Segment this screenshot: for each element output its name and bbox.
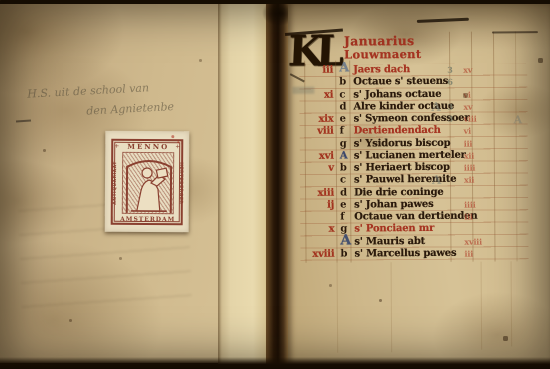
ink-streak: [417, 18, 469, 23]
dominical-letter: A: [340, 234, 351, 246]
dominical-letter: c: [339, 89, 345, 101]
calendar-block: KL Januarius Louwmaent iiiAJaers dach3xv…: [287, 1, 550, 365]
ghost-offset-glyph: A: [514, 113, 523, 126]
feast-entry: s' Mauris abt: [354, 235, 425, 248]
feast-entry: Octaue s' steuens: [353, 76, 448, 89]
stamp-name-text: MENNO: [119, 142, 177, 151]
red-ink-speck: [171, 135, 174, 138]
margin-red-numeral: xv: [463, 100, 493, 113]
margin-red-numeral: iiii: [464, 198, 494, 211]
calendar-row: xviiibs' Marcellus pawesiii: [300, 247, 528, 261]
feast-entry: s' Marcellus pawes: [354, 247, 456, 260]
margin-red-numeral: xii: [464, 149, 494, 162]
stamp-city-text: AMSTERDAM: [117, 216, 179, 224]
feast-entry: Jaers dach: [353, 64, 410, 77]
photo-edge-bottom: [0, 357, 550, 369]
golden-number: iii: [301, 65, 333, 78]
ruled-line: [511, 261, 513, 346]
month-subtitle: Louwmaent: [344, 47, 421, 62]
margin-grey-mark: 3: [448, 113, 462, 126]
dominical-letter: A: [339, 62, 349, 74]
margin-grey-mark: 6: [447, 76, 461, 89]
dominical-letter: e: [340, 114, 346, 126]
bookplate-label: + MENNO + ANTIQUARIAAT HERTZBERGER AMSTE…: [105, 131, 190, 233]
margin-red-numeral: viii: [464, 112, 494, 125]
dominical-letter: f: [340, 212, 344, 224]
feast-entry: s' Lucianen merteler: [354, 149, 466, 162]
margin-grey-mark: 3: [447, 64, 461, 77]
flyleaf-fore-edge: [218, 2, 268, 364]
stamp-right-text: HERTZBERGER: [175, 153, 183, 213]
book-gutter: [266, 0, 288, 369]
golden-number: xix: [302, 114, 334, 127]
margin-red-numeral: iii: [464, 247, 494, 260]
ruled-line: [391, 262, 393, 352]
margin-red-numeral: iii: [464, 210, 494, 223]
golden-number: viii: [302, 126, 334, 139]
dominical-letter: e: [340, 199, 346, 211]
handwritten-inscription: H.S. uit de school van den Agnietenbe: [27, 73, 244, 134]
margin-red-numeral: xii: [464, 174, 494, 187]
dominical-letter: b: [340, 248, 347, 260]
ghost-offset-glyph: A: [431, 101, 440, 113]
dominical-letter: c: [340, 175, 346, 187]
margin-red-numeral: xv: [463, 63, 493, 76]
dominical-letter: f: [340, 126, 344, 138]
feast-entry: Dertiendendach: [354, 125, 441, 138]
margin-red-numeral: iiii: [464, 161, 494, 174]
dirt-speckles: [0, 0, 1, 1]
margin-red-numeral: xviii: [464, 235, 494, 248]
dominical-letter: d: [340, 187, 347, 199]
exlibris-stamp: + MENNO + ANTIQUARIAAT HERTZBERGER AMSTE…: [111, 139, 184, 226]
feast-entry: s' Johans octaue: [353, 88, 441, 101]
margin-grey-mark: 3: [447, 100, 461, 113]
ink-streak: [492, 31, 538, 33]
margin-red-numeral: iii: [464, 137, 494, 150]
photo-open-medieval-manuscript: H.S. uit de school van den Agnietenbe + …: [0, 0, 550, 369]
feast-entry: s' Johan pawes: [354, 199, 433, 212]
margin-smudge: [292, 87, 314, 94]
golden-number: xviii: [302, 248, 334, 261]
margin-red-numeral: vi: [464, 125, 494, 138]
feast-entry: s' Ponciaen mr: [354, 223, 434, 236]
right-page-calendar: KL Januarius Louwmaent iiiAJaers dach3xv…: [288, 2, 550, 364]
dominical-letter: A: [340, 150, 348, 162]
feast-entry: s' Ysidorus biscop: [354, 137, 451, 150]
golden-number: ij: [302, 199, 334, 212]
golden-number: xvi: [302, 150, 334, 163]
inscription-line-2: den Agnietenbe: [86, 97, 175, 122]
margin-red-numeral: vi: [463, 88, 493, 101]
ruled-line: [337, 263, 339, 353]
stamp-ornament-right: +: [175, 142, 180, 151]
dominical-letter: d: [339, 101, 346, 113]
kneeling-scribe-icon: [123, 153, 175, 215]
red-ink-speck: [177, 141, 179, 143]
stamp-left-text: ANTIQUARIAAT: [113, 153, 121, 213]
photo-edge-top: [0, 0, 550, 4]
dominical-letter: g: [340, 138, 347, 150]
dominical-letter: b: [339, 77, 346, 89]
dominical-letter: b: [340, 163, 347, 175]
feast-entry: Die drie coninge: [354, 186, 444, 199]
golden-number: xiii: [302, 187, 334, 200]
calendar-rows: iiiAJaers dach3xvbOctaue s' steuens6xics…: [299, 63, 528, 261]
stamp-vignette: [122, 152, 174, 214]
ruled-line: [481, 262, 483, 350]
golden-number: x: [302, 224, 334, 237]
feast-entry: Octaue van dertienden: [354, 211, 477, 224]
ghost-offset-glyph: A: [432, 174, 441, 186]
golden-number: v: [302, 163, 334, 176]
